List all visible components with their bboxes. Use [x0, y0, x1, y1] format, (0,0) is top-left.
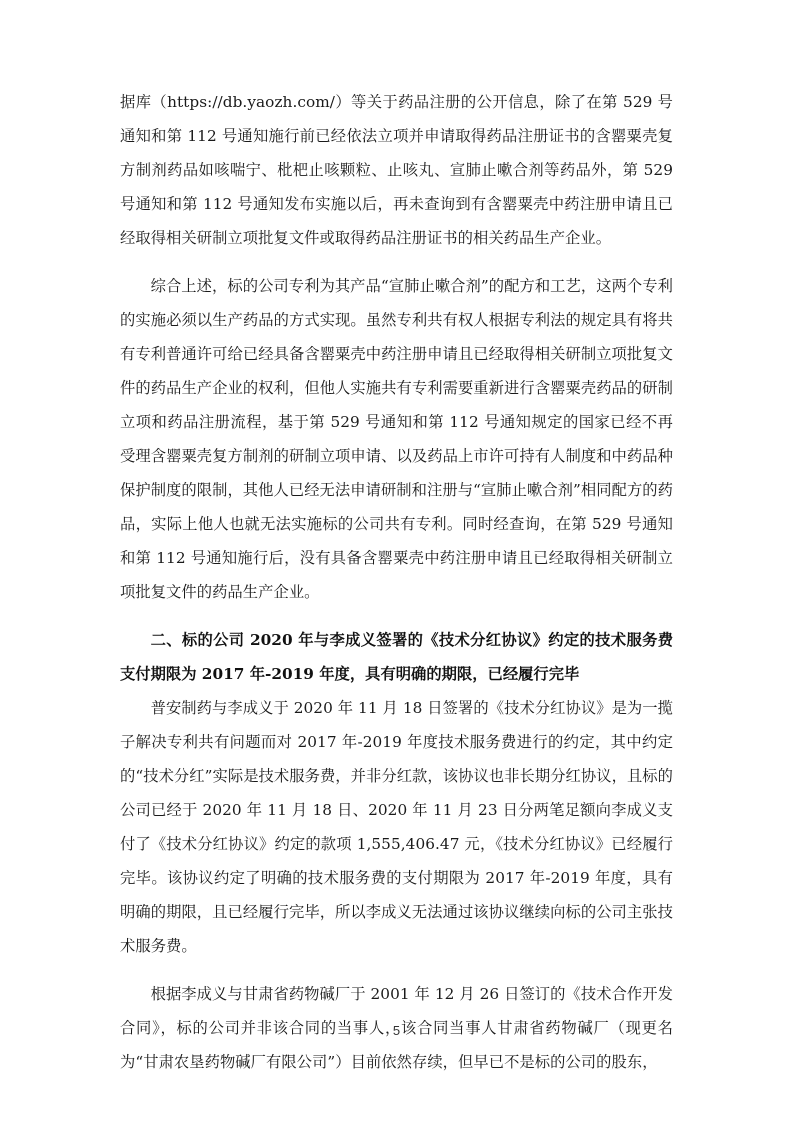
- body-paragraph-3: 普安制药与李成义于 2020 年 11 月 18 日签署的《技术分红协议》是为一…: [120, 691, 673, 963]
- page-number: 5: [0, 1023, 793, 1038]
- section-heading: 二、标的公司 2020 年与李成义签署的《技术分红协议》约定的技术服务费支付期限…: [120, 623, 673, 691]
- document-page: 据库（https://db.yaozh.com/）等关于药品注册的公开信息，除了…: [120, 85, 673, 1079]
- body-paragraph-1: 据库（https://db.yaozh.com/）等关于药品注册的公开信息，除了…: [120, 85, 673, 255]
- body-paragraph-2: 综合上述，标的公司专利为其产品“宣肺止嗽合剂”的配方和工艺，这两个专利的实施必须…: [120, 269, 673, 609]
